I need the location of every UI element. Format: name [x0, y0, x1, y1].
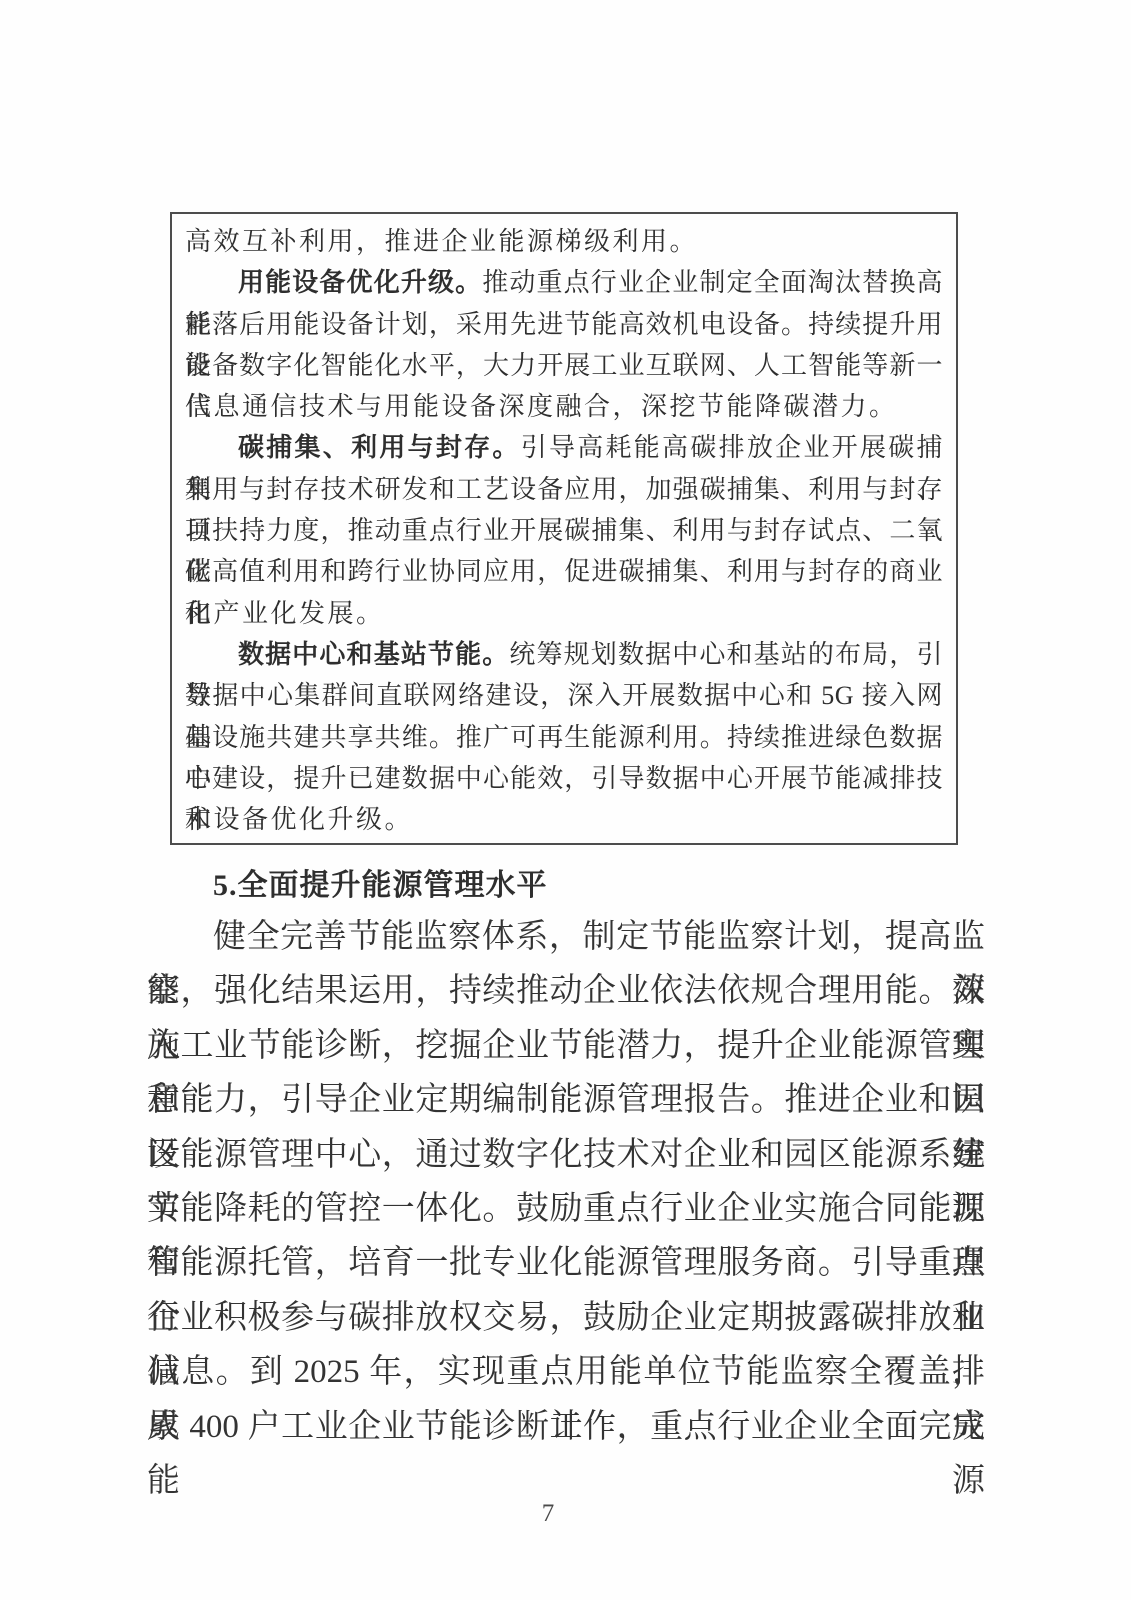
body-text-line: 和能力，引导企业定期编制能源管理报告。推进企业和园区建 [147, 1073, 985, 1127]
box-text-line: 信息通信技术与用能设备深度融合，深挖节能降碳潜力。 [185, 386, 943, 427]
box-text-line: 数据中心集群间直联网络建设，深入开展数据中心和 5G 接入网基 [185, 675, 943, 716]
run-in-heading: 碳捕集、利用与封存。 [238, 433, 521, 462]
box-text-line: 利用与封存技术研发和工艺设备应用，加强碳捕集、利用与封存项 [185, 469, 943, 510]
box-text-line: 设备数字化智能化水平，大力开展工业互联网、人工智能等新一代 [185, 345, 943, 386]
page-number: 7 [528, 1500, 568, 1528]
body-paragraph: 健全完善节能监察体系，制定节能监察计划，提高监察效 能，强化结果运用，持续推动企… [147, 910, 985, 1454]
section-heading: 5.全面提升能源管理水平 [147, 860, 985, 904]
body-text-line: 设能源管理中心，通过数字化技术对企业和园区能源系统实现 [147, 1128, 985, 1182]
body-text-line: 施工业节能诊断，挖掘企业节能潜力，提升企业能源管理意识 [147, 1019, 985, 1073]
body-text-line: 节能降耗的管控一体化。鼓励重点行业企业实施合同能源管理 [147, 1182, 985, 1236]
box-text-line: 高效互补利用，推进企业能源梯级利用。 [185, 221, 943, 262]
box-text-line: 数据中心和基站节能。统筹规划数据中心和基站的布局，引导 [185, 634, 943, 675]
body-text-line: 成 400 户工业企业节能诊断工作，重点行业企业全面完成能源 [147, 1400, 985, 1454]
box-text-line: 心建设，提升已建数据中心能效，引导数据中心开展节能减排技术 [185, 758, 943, 799]
box-text-line: 用能设备优化升级。推动重点行业企业制定全面淘汰替换高耗 [185, 262, 943, 303]
run-in-heading: 数据中心和基站节能。 [238, 640, 509, 669]
body-text-line: 信息。到 2025 年，实现重点用能单位节能监察全覆盖，累计完 [147, 1345, 985, 1399]
box-text-line: 础设施共建共享共维。推广可再生能源利用。持续推进绿色数据中 [185, 717, 943, 758]
box-text-line: 碳捕集、利用与封存。引导高耗能高碳排放企业开展碳捕集、 [185, 427, 943, 468]
bordered-text-box: 高效互补利用，推进企业能源梯级利用。 用能设备优化升级。推动重点行业企业制定全面… [170, 212, 958, 845]
body-text-line: 和能源托管，培育一批专业化能源管理服务商。引导重点行业 [147, 1236, 985, 1290]
document-page: 高效互补利用，推进企业能源梯级利用。 用能设备优化升级。推动重点行业企业制定全面… [0, 0, 1131, 1600]
box-text-line: 碳高值利用和跨行业协同应用，促进碳捕集、利用与封存的商业化 [185, 551, 943, 592]
box-text-line: 能落后用能设备计划，采用先进节能高效机电设备。持续提升用能 [185, 304, 943, 345]
body-text-line: 企业积极参与碳排放权交易，鼓励企业定期披露碳排放和减排 [147, 1291, 985, 1345]
box-text-line: 和设备优化升级。 [185, 799, 943, 840]
body-text-line: 能，强化结果运用，持续推动企业依法依规合理用能。深入实 [147, 964, 985, 1018]
body-text-line: 健全完善节能监察体系，制定节能监察计划，提高监察效 [147, 910, 985, 964]
box-text-line: 和产业化发展。 [185, 593, 943, 634]
run-in-heading: 用能设备优化升级。 [238, 268, 482, 297]
box-text-line: 目扶持力度，推动重点行业开展碳捕集、利用与封存试点、二氧化 [185, 510, 943, 551]
